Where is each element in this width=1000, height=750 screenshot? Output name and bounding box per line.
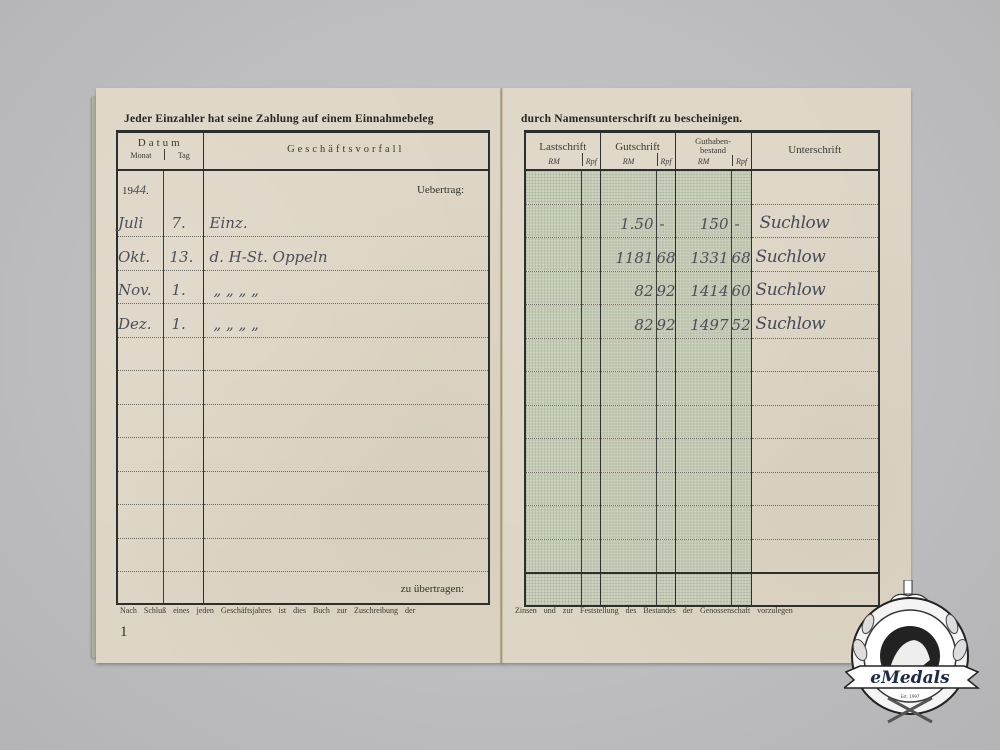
table-row-empty [117, 438, 489, 472]
table-row-empty [117, 404, 489, 438]
table-row-empty [525, 372, 879, 406]
bestand-rm-cell: 150 [700, 215, 729, 233]
signature-cell: Suchlow [760, 213, 830, 233]
emedals-watermark-logo: eMedals Est. 1997 [844, 580, 980, 730]
bestand-rpf-cell: 60 [732, 282, 751, 300]
table-row-empty [525, 472, 879, 506]
geschaeftsvorfall-header: Geschäftsvorfall [203, 132, 489, 171]
table-row-empty [525, 405, 879, 439]
table-row-empty [525, 338, 879, 372]
bestand-rm-cell: 1497 [690, 316, 728, 334]
bestand-rm-cell: 1414 [690, 282, 728, 300]
signature-cell: Suchlow [756, 280, 826, 300]
unterschrift-header: Unterschrift [751, 132, 879, 171]
left-page: Jeder Einzahler hat seine Zahlung auf ei… [96, 88, 503, 663]
table-row: 1.50 - 150 - Suchlow [525, 204, 879, 238]
gutschrift-rm-cell: 82 [634, 316, 653, 334]
uebertrag-label: Uebertrag: [417, 184, 464, 196]
signature-cell: Suchlow [756, 247, 826, 267]
svg-text:Est. 1997: Est. 1997 [901, 694, 920, 699]
table-row: 82 92 1414 60 Suchlow [525, 271, 879, 305]
table-row-carry [525, 573, 879, 606]
day-cell: 7. [172, 214, 186, 232]
transaction-cell: d. H-St. Oppeln [210, 248, 328, 266]
transaction-cell: Einz. [210, 214, 248, 232]
right-page-heading: durch Namensunterschrift zu bescheinigen… [521, 113, 742, 125]
lastschrift-header: Lastschrift RM Rpf [525, 132, 600, 171]
bestand-rpf-cell: 52 [732, 316, 751, 334]
gutschrift-rpf-cell: 68 [657, 249, 676, 267]
table-header-row: Lastschrift RM Rpf Gutschrift RM Rpf Gut… [525, 132, 879, 171]
table-row-empty [117, 337, 489, 371]
table-row-empty [117, 538, 489, 572]
table-row-blank [525, 170, 879, 204]
datum-header: Datum Monat Tag [117, 132, 203, 171]
page-number: 1 [120, 624, 128, 641]
svg-text:eMedals: eMedals [870, 668, 950, 688]
gutschrift-rpf-cell: 92 [657, 316, 676, 334]
guthabenbestand-header: Guthaben-bestand RM Rpf [675, 132, 751, 171]
table-header-row: Datum Monat Tag Geschäftsvorfall [117, 132, 489, 171]
table-row-empty [117, 505, 489, 539]
table-row: Juli 7. Einz. [117, 204, 489, 237]
tag-header: Tag [165, 149, 203, 160]
table-row-empty [525, 439, 879, 473]
gutschrift-header: Gutschrift RM Rpf [600, 132, 675, 171]
table-row: 1181 68 1331 68 Suchlow [525, 238, 879, 272]
year-cell: 1944. [122, 182, 149, 198]
table-row-carry: zu übertragen: [117, 572, 489, 605]
month-cell: Dez. [118, 315, 152, 333]
table-row-empty [117, 471, 489, 505]
bestand-rpf-cell: - [735, 215, 740, 233]
month-cell: Okt. [118, 248, 150, 266]
transaction-cell: „ „ „ „ [214, 281, 259, 299]
monat-header: Monat [118, 149, 165, 160]
left-footer-text: Nach Schluß eines jeden Geschäftsjahres … [120, 606, 415, 615]
table-row-year: 1944. Uebertrag: [117, 170, 489, 204]
left-page-heading: Jeder Einzahler hat seine Zahlung auf ei… [124, 113, 434, 125]
bestand-rm-cell: 1331 [690, 249, 728, 267]
day-cell: 1. [172, 315, 186, 333]
day-cell: 13. [170, 248, 194, 266]
table-row-empty [117, 371, 489, 405]
month-cell: Juli [118, 214, 143, 232]
gutschrift-rpf-cell: - [660, 215, 665, 233]
right-footer-text: Zinsen und zur Feststellung des Bestande… [515, 606, 793, 615]
right-page: durch Namensunterschrift zu bescheinigen… [502, 88, 911, 663]
emedals-badge-icon: eMedals Est. 1997 [844, 580, 980, 730]
day-cell: 1. [172, 281, 186, 299]
gutschrift-rm-cell: 1.50 [620, 215, 653, 233]
transaction-cell: „ „ „ „ [214, 315, 259, 333]
transactions-table-left: Datum Monat Tag Geschäftsvorfall 1944. U… [116, 130, 490, 605]
table-row: Nov. 1. „ „ „ „ [117, 270, 489, 304]
zu-uebertragen-label: zu übertragen: [401, 583, 464, 595]
gutschrift-rpf-cell: 92 [657, 282, 676, 300]
month-cell: Nov. [118, 281, 152, 299]
table-row: 82 92 1497 52 Suchlow [525, 305, 879, 339]
gutschrift-rm-cell: 82 [634, 282, 653, 300]
table-row-empty [525, 539, 879, 573]
table-row-empty [525, 506, 879, 540]
table-row: Okt. 13. d. H-St. Oppeln [117, 237, 489, 271]
transactions-table-right: Lastschrift RM Rpf Gutschrift RM Rpf Gut… [524, 130, 880, 607]
gutschrift-rm-cell: 1181 [615, 249, 653, 267]
table-row: Dez. 1. „ „ „ „ [117, 304, 489, 338]
open-savings-book: Jeder Einzahler hat seine Zahlung auf ei… [92, 88, 912, 664]
bestand-rpf-cell: 68 [732, 249, 751, 267]
signature-cell: Suchlow [756, 314, 826, 334]
